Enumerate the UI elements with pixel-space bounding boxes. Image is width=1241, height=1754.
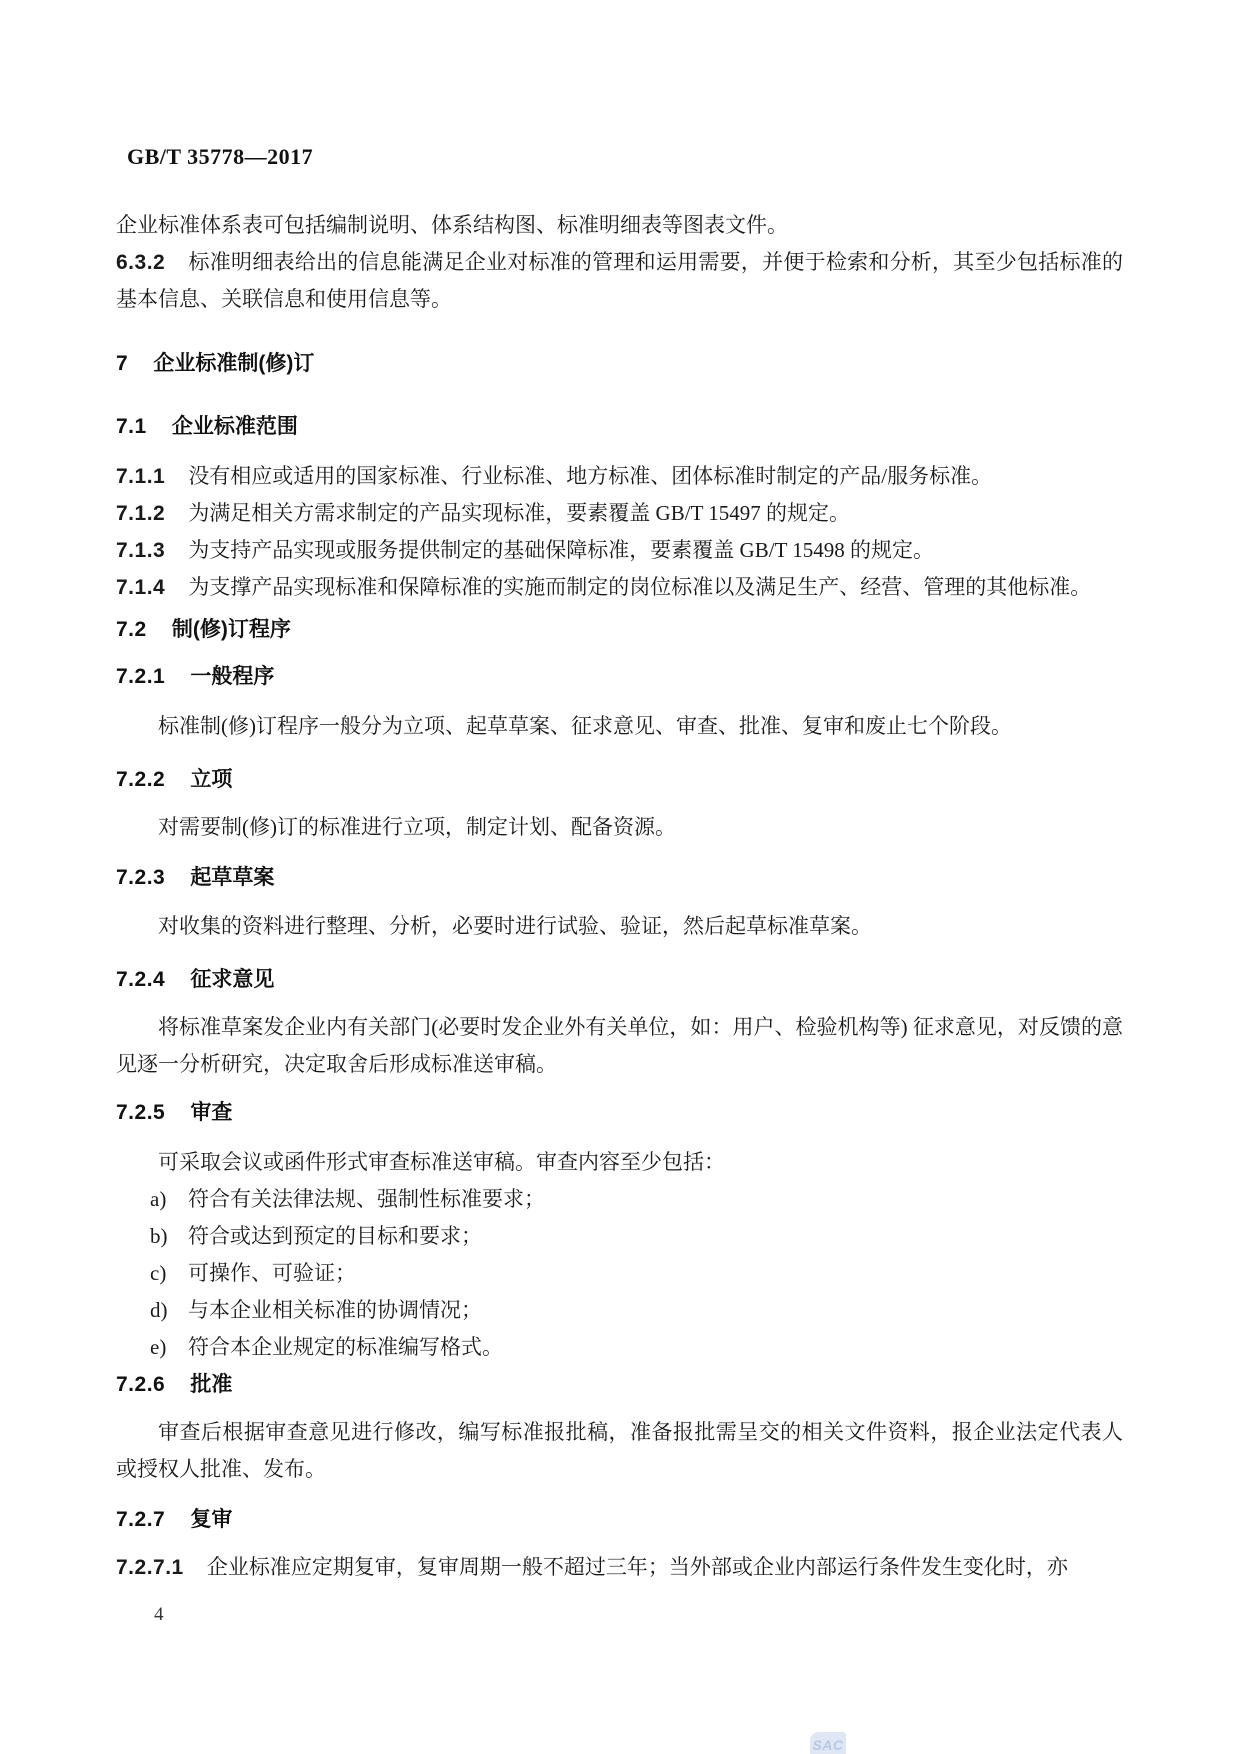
clause-7-1-3: 7.1.3为支持产品实现或服务提供制定的基础保障标准，要素覆盖 GB/T 154… bbox=[116, 532, 1123, 569]
section-heading-7-2-1: 7.2.1一般程序 bbox=[116, 658, 1123, 695]
review-criteria-list: a)符合有关法律法规、强制性标准要求； b)符合或达到预定的目标和要求； c)可… bbox=[116, 1181, 1123, 1366]
clause-text: 为满足相关方需求制定的产品实现标准，要素覆盖 GB/T 15497 的规定。 bbox=[188, 501, 850, 525]
paragraph-7-2-4: 将标准草案发企业内有关部门(必要时发企业外有关单位，如：用户、检验机构等) 征求… bbox=[116, 1009, 1123, 1083]
section-heading-7-2: 7.2制(修)订程序 bbox=[116, 611, 1123, 648]
clause-7-1-2: 7.1.2为满足相关方需求制定的产品实现标准，要素覆盖 GB/T 15497 的… bbox=[116, 495, 1123, 532]
list-item-text: 符合或达到预定的目标和要求； bbox=[188, 1224, 482, 1248]
section-heading-7-2-4: 7.2.4征求意见 bbox=[116, 961, 1123, 998]
list-item-c: c)可操作、可验证； bbox=[116, 1255, 1123, 1292]
list-marker: c) bbox=[150, 1255, 188, 1292]
heading-number: 7.1 bbox=[116, 415, 147, 438]
heading-number: 7 bbox=[116, 352, 128, 375]
paragraph-7-2-2: 对需要制(修)订的标准进行立项，制定计划、配备资源。 bbox=[116, 809, 1123, 846]
heading-title: 征求意见 bbox=[190, 968, 274, 991]
heading-title: 审查 bbox=[190, 1101, 232, 1124]
list-marker: b) bbox=[150, 1218, 188, 1255]
section-heading-7: 7企业标准制(修)订 bbox=[116, 345, 1123, 382]
clause-7-1-1: 7.1.1没有相应或适用的国家标准、行业标准、地方标准、团体标准时制定的产品/服… bbox=[116, 458, 1123, 495]
clause-number: 6.3.2 bbox=[116, 251, 165, 274]
heading-title: 立项 bbox=[190, 768, 232, 791]
heading-number: 7.2.2 bbox=[116, 768, 165, 791]
list-item-d: d)与本企业相关标准的协调情况； bbox=[116, 1292, 1123, 1329]
heading-number: 7.2.7 bbox=[116, 1508, 165, 1531]
clause-text: 为支持产品实现或服务提供制定的基础保障标准，要素覆盖 GB/T 15498 的规… bbox=[188, 538, 934, 562]
clause-6-3-2: 6.3.2标准明细表给出的信息能满足企业对标准的管理和运用需要，并便于检索和分析… bbox=[116, 244, 1123, 318]
section-heading-7-1: 7.1企业标准范围 bbox=[116, 408, 1123, 445]
clause-number: 7.1.1 bbox=[116, 465, 165, 488]
list-item-b: b)符合或达到预定的目标和要求； bbox=[116, 1218, 1123, 1255]
section-heading-7-2-2: 7.2.2立项 bbox=[116, 761, 1123, 798]
clause-text: 标准明细表给出的信息能满足企业对标准的管理和运用需要，并便于检索和分析，其至少包… bbox=[116, 250, 1123, 311]
heading-number: 7.2.3 bbox=[116, 866, 165, 889]
document-number: GB/T 35778—2017 bbox=[127, 144, 313, 170]
heading-title: 批准 bbox=[190, 1373, 232, 1396]
section-heading-7-2-6: 7.2.6批准 bbox=[116, 1366, 1123, 1403]
clause-text: 为支撑产品实现标准和保障标准的实施而制定的岗位标准以及满足生产、经营、管理的其他… bbox=[188, 575, 1091, 599]
heading-number: 7.2.1 bbox=[116, 665, 165, 688]
paragraph-7-2-5: 可采取会议或函件形式审查标准送审稿。审查内容至少包括： bbox=[116, 1144, 1123, 1181]
list-item-a: a)符合有关法律法规、强制性标准要求； bbox=[116, 1181, 1123, 1218]
heading-number: 7.2.5 bbox=[116, 1101, 165, 1124]
heading-title: 制(修)订程序 bbox=[172, 618, 291, 641]
list-item-text: 与本企业相关标准的协调情况； bbox=[188, 1298, 482, 1322]
paragraph-7-2-6: 审查后根据审查意见进行修改，编写标准报批稿，准备报批需呈交的相关文件资料，报企业… bbox=[116, 1414, 1123, 1488]
list-item-e: e)符合本企业规定的标准编写格式。 bbox=[116, 1329, 1123, 1366]
heading-number: 7.2 bbox=[116, 618, 147, 641]
heading-number: 7.2.6 bbox=[116, 1373, 165, 1396]
heading-title: 一般程序 bbox=[190, 665, 274, 688]
section-heading-7-2-7: 7.2.7复审 bbox=[116, 1501, 1123, 1538]
list-item-text: 符合本企业规定的标准编写格式。 bbox=[188, 1335, 503, 1359]
clause-number: 7.1.3 bbox=[116, 539, 165, 562]
clause-number: 7.2.7.1 bbox=[116, 1556, 184, 1579]
section-heading-7-2-5: 7.2.5审查 bbox=[116, 1094, 1123, 1131]
clause-text: 企业标准应定期复审，复审周期一般不超过三年；当外部或企业内部运行条件发生变化时，… bbox=[207, 1555, 1068, 1579]
clause-number: 7.1.4 bbox=[116, 576, 165, 599]
intro-paragraph: 企业标准体系表可包括编制说明、体系结构图、标准明细表等图表文件。 bbox=[116, 207, 1123, 244]
page-number: 4 bbox=[154, 1604, 164, 1626]
clause-text: 没有相应或适用的国家标准、行业标准、地方标准、团体标准时制定的产品/服务标准。 bbox=[188, 464, 992, 488]
list-item-text: 可操作、可验证； bbox=[188, 1261, 356, 1285]
paragraph-7-2-3: 对收集的资料进行整理、分析，必要时进行试验、验证，然后起草标准草案。 bbox=[116, 908, 1123, 945]
heading-title: 企业标准制(修)订 bbox=[153, 352, 314, 375]
list-marker: a) bbox=[150, 1181, 188, 1218]
section-heading-7-2-3: 7.2.3起草草案 bbox=[116, 859, 1123, 896]
clause-7-1-4: 7.1.4为支撑产品实现标准和保障标准的实施而制定的岗位标准以及满足生产、经营、… bbox=[116, 569, 1123, 606]
heading-title: 企业标准范围 bbox=[172, 415, 298, 438]
paragraph-7-2-1: 标准制(修)订程序一般分为立项、起草草案、征求意见、审查、批准、复审和废止七个阶… bbox=[116, 708, 1123, 745]
list-item-text: 符合有关法律法规、强制性标准要求； bbox=[188, 1187, 545, 1211]
clause-7-2-7-1: 7.2.7.1企业标准应定期复审，复审周期一般不超过三年；当外部或企业内部运行条… bbox=[116, 1549, 1123, 1586]
clause-number: 7.1.2 bbox=[116, 502, 165, 525]
document-body: 企业标准体系表可包括编制说明、体系结构图、标准明细表等图表文件。 6.3.2标准… bbox=[116, 201, 1123, 1586]
heading-title: 复审 bbox=[190, 1508, 232, 1531]
heading-title: 起草草案 bbox=[190, 866, 274, 889]
heading-number: 7.2.4 bbox=[116, 968, 165, 991]
sac-logo-watermark: SAC bbox=[810, 1732, 846, 1754]
list-marker: d) bbox=[150, 1292, 188, 1329]
list-marker: e) bbox=[150, 1329, 188, 1366]
